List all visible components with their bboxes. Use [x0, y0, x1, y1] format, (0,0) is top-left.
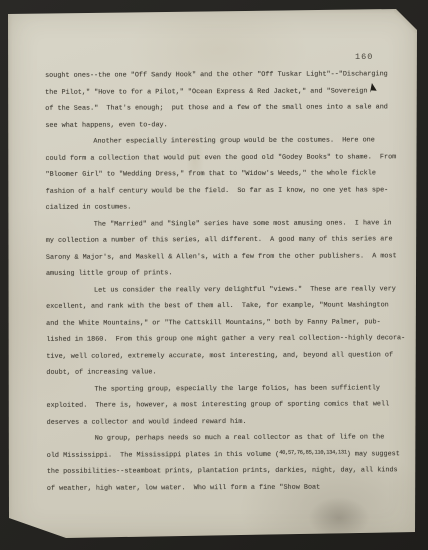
text-line: deserves a collector and would indeed re…: [47, 413, 421, 431]
text-line: Another especially interesting group wou…: [45, 132, 419, 150]
manuscript-page: 160 sought ones--the one "Off Sandy Hook…: [8, 9, 418, 539]
text-line: and the White Mountains," or "The Cattsk…: [46, 314, 420, 332]
text-line: "Bloomer Girl" to "Wedding Dress," from …: [45, 165, 419, 183]
text-line: tive, well colored, extremely accurate, …: [46, 347, 420, 365]
typed-text-body: sought ones--the one "Off Sandy Hook" an…: [45, 66, 421, 497]
text-segment: ) may suggest: [347, 450, 400, 458]
text-line: sought ones--the one "Off Sandy Hook" an…: [45, 66, 419, 84]
text-line: excellent, and rank with the best of the…: [46, 297, 420, 315]
text-line: of weather, high water, low water. Who w…: [47, 479, 421, 497]
text-line: The sporting group, especially the large…: [46, 380, 420, 398]
handwritten-plate-numbers: 40,57,76,85,110,134,131: [279, 449, 347, 455]
dog-ear-fold: [394, 9, 418, 33]
text-line: doubt, of increasing value.: [46, 363, 420, 381]
text-line: see what happens, even to-day.: [45, 116, 419, 134]
text-line: Sarony & Major's, and Maskell & Allen's,…: [46, 248, 420, 266]
photo-background: 160 sought ones--the one "Off Sandy Hook…: [0, 0, 428, 550]
text-segment: old Mississippi. The Mississippi plates …: [47, 450, 280, 459]
text-line: cialized in costumes.: [46, 198, 420, 216]
stain: [308, 497, 370, 539]
text-line: amusing little group of prints.: [46, 264, 420, 282]
text-line: No group, perhaps needs so much a real c…: [47, 429, 421, 447]
text-line: my collection a number of this series, a…: [46, 231, 420, 249]
text-line: old Mississippi. The Mississippi plates …: [47, 446, 421, 464]
text-line: of the Seas." That's enough; put those a…: [45, 99, 419, 117]
text-line: exploited. There is, however, a most int…: [47, 396, 421, 414]
text-line: fashion of a half century would be the f…: [46, 182, 420, 200]
text-line: lished in 1860. From this group one migh…: [46, 330, 420, 348]
text-line: could form a collection that would put e…: [45, 149, 419, 167]
text-line: the possibilities--steamboat prints, pla…: [47, 462, 421, 480]
text-line: The "Married" and "Single" series have s…: [46, 215, 420, 233]
text-line: the Pilot," "Hove to for a Pilot," "Ocea…: [45, 83, 419, 101]
text-line: Let us consider the really very delightf…: [46, 281, 420, 299]
page-number: 160: [355, 52, 373, 62]
